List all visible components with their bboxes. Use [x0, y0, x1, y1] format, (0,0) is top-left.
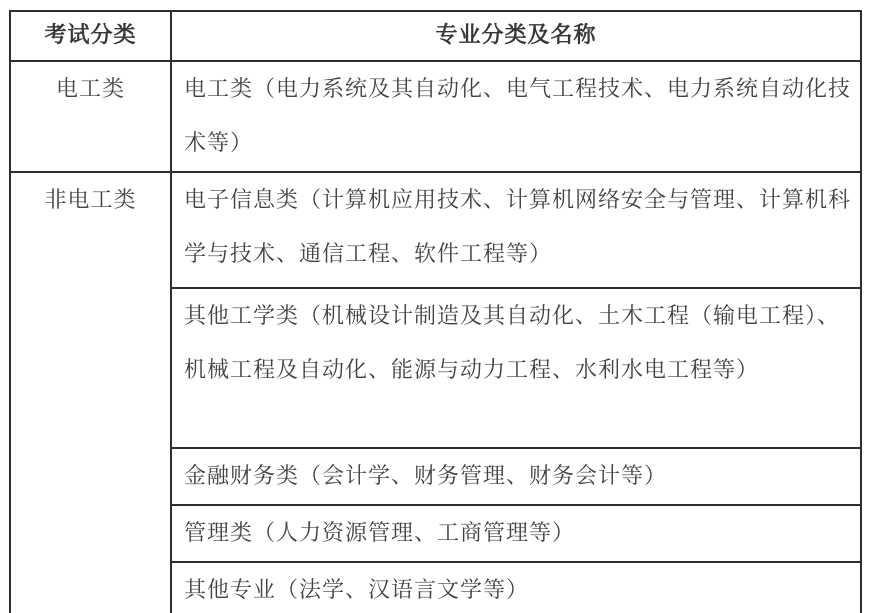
table-header-row: 考试分类 专业分类及名称 [10, 11, 861, 61]
table-row: 非电工类 电子信息类（计算机应用技术、计算机网络安全与管理、计算机科学与技术、通… [10, 172, 861, 288]
category-cell-non-electrical: 非电工类 [10, 172, 171, 613]
column-header-exam-category: 考试分类 [10, 11, 171, 61]
major-cell-finance: 金融财务类（会计学、财务管理、财务会计等） [171, 448, 861, 505]
document-page: 考试分类 专业分类及名称 电工类 电工类（电力系统及其自动化、电气工程技术、电力… [0, 0, 871, 613]
major-cell-other-majors: 其他专业（法学、汉语言文学等） [171, 562, 861, 613]
column-header-major-names: 专业分类及名称 [171, 11, 861, 61]
category-cell-electrical: 电工类 [10, 61, 171, 172]
exam-category-table: 考试分类 专业分类及名称 电工类 电工类（电力系统及其自动化、电气工程技术、电力… [9, 10, 862, 613]
major-cell-electronic-information: 电子信息类（计算机应用技术、计算机网络安全与管理、计算机科学与技术、通信工程、软… [171, 172, 861, 288]
major-cell-electrical: 电工类（电力系统及其自动化、电气工程技术、电力系统自动化技术等） [171, 61, 861, 172]
table-row: 电工类 电工类（电力系统及其自动化、电气工程技术、电力系统自动化技术等） [10, 61, 861, 172]
major-cell-other-engineering: 其他工学类（机械设计制造及其自动化、土木工程（输电工程）、机械工程及自动化、能源… [171, 288, 861, 448]
major-cell-management: 管理类（人力资源管理、工商管理等） [171, 505, 861, 562]
